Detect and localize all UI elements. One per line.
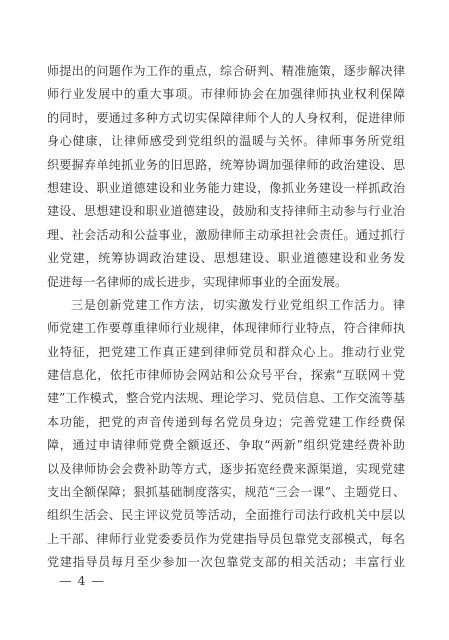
- body-text-line: 促进每一名律师的成长进步，实现律师事业的全面发展。: [47, 271, 405, 294]
- body-text-line: 师提出的问题作为工作的重点，综合研判、精准施策，逐步解决律: [47, 60, 405, 83]
- body-text-line: 上干部、律师行业党委委员作为党建指导员包靠党支部模式，每名: [47, 528, 405, 551]
- body-text-line: 师行业发展中的重大事项。市律师协会在加强律师执业权利保障: [47, 83, 405, 106]
- document-page: 师提出的问题作为工作的重点，综合研判、精准施策，逐步解决律 师行业发展中的重大事…: [0, 0, 449, 640]
- body-text-line: 三是创新党建工作方法，切实激发行业党组织工作活力。律: [47, 294, 405, 317]
- body-text-line: 业党建，统筹协调政治建设、思想建设、职业道德建设和业务发展，: [47, 247, 405, 270]
- body-text-line: 理、社会活动和公益事业，激励律师主动承担社会责任。通过抓行: [47, 224, 405, 247]
- body-text-line: 业特征，把党建工作真正建到律师党员和群众心上。推动行业党: [47, 341, 405, 364]
- body-text-line: 想建设、职业道德建设和业务能力建设，像抓业务建设一样抓政治: [47, 177, 405, 200]
- body-text-line: 建信息化，依托市律师协会网站和公众号平台，探索“互联网＋党: [47, 364, 405, 387]
- body-text-line: 建”工作模式，整合党内法规、理论学习、党员信息、工作交流等基: [47, 387, 405, 410]
- body-text-line: 织要摒弃单纯抓业务的旧思路，统筹协调加强律师的政治建设、思: [47, 154, 405, 177]
- body-text-line: 身心健康，让律师感受到党组织的温暖与关怀。律师事务所党组: [47, 130, 405, 153]
- body-text-line: 组织生活会、民主评议党员等活动，全面推行司法行政机关中层以: [47, 504, 405, 527]
- body-text-line: 以及律师协会会费补助等方式，逐步拓宽经费来源渠道，实现党建: [47, 458, 405, 481]
- body-text-line: 障，通过申请律师党费全额返还、争取“两新”组织党建经费补助: [47, 434, 405, 457]
- body-text-line: 师党建工作要尊重律师行业规律，体现律师行业特点，符合律师执: [47, 317, 405, 340]
- page-number: — 4 —: [59, 573, 105, 588]
- body-text-line: 支出全额保障；狠抓基础制度落实，规范“三会一课”、主题党日、: [47, 481, 405, 504]
- body-text-line: 党建指导员每月至少参加一次包靠党支部的相关活动；丰富行业: [47, 551, 405, 574]
- body-text: 师提出的问题作为工作的重点，综合研判、精准施策，逐步解决律 师行业发展中的重大事…: [47, 60, 405, 575]
- body-text-line: 本功能，把党的声音传递到每名党员身边；完善党建工作经费保: [47, 411, 405, 434]
- body-text-line: 建设、思想建设和职业道德建设，鼓励和支持律师主动参与行业治: [47, 200, 405, 223]
- body-text-line: 的同时，要通过多种方式切实保障律师个人的人身权利，促进律师: [47, 107, 405, 130]
